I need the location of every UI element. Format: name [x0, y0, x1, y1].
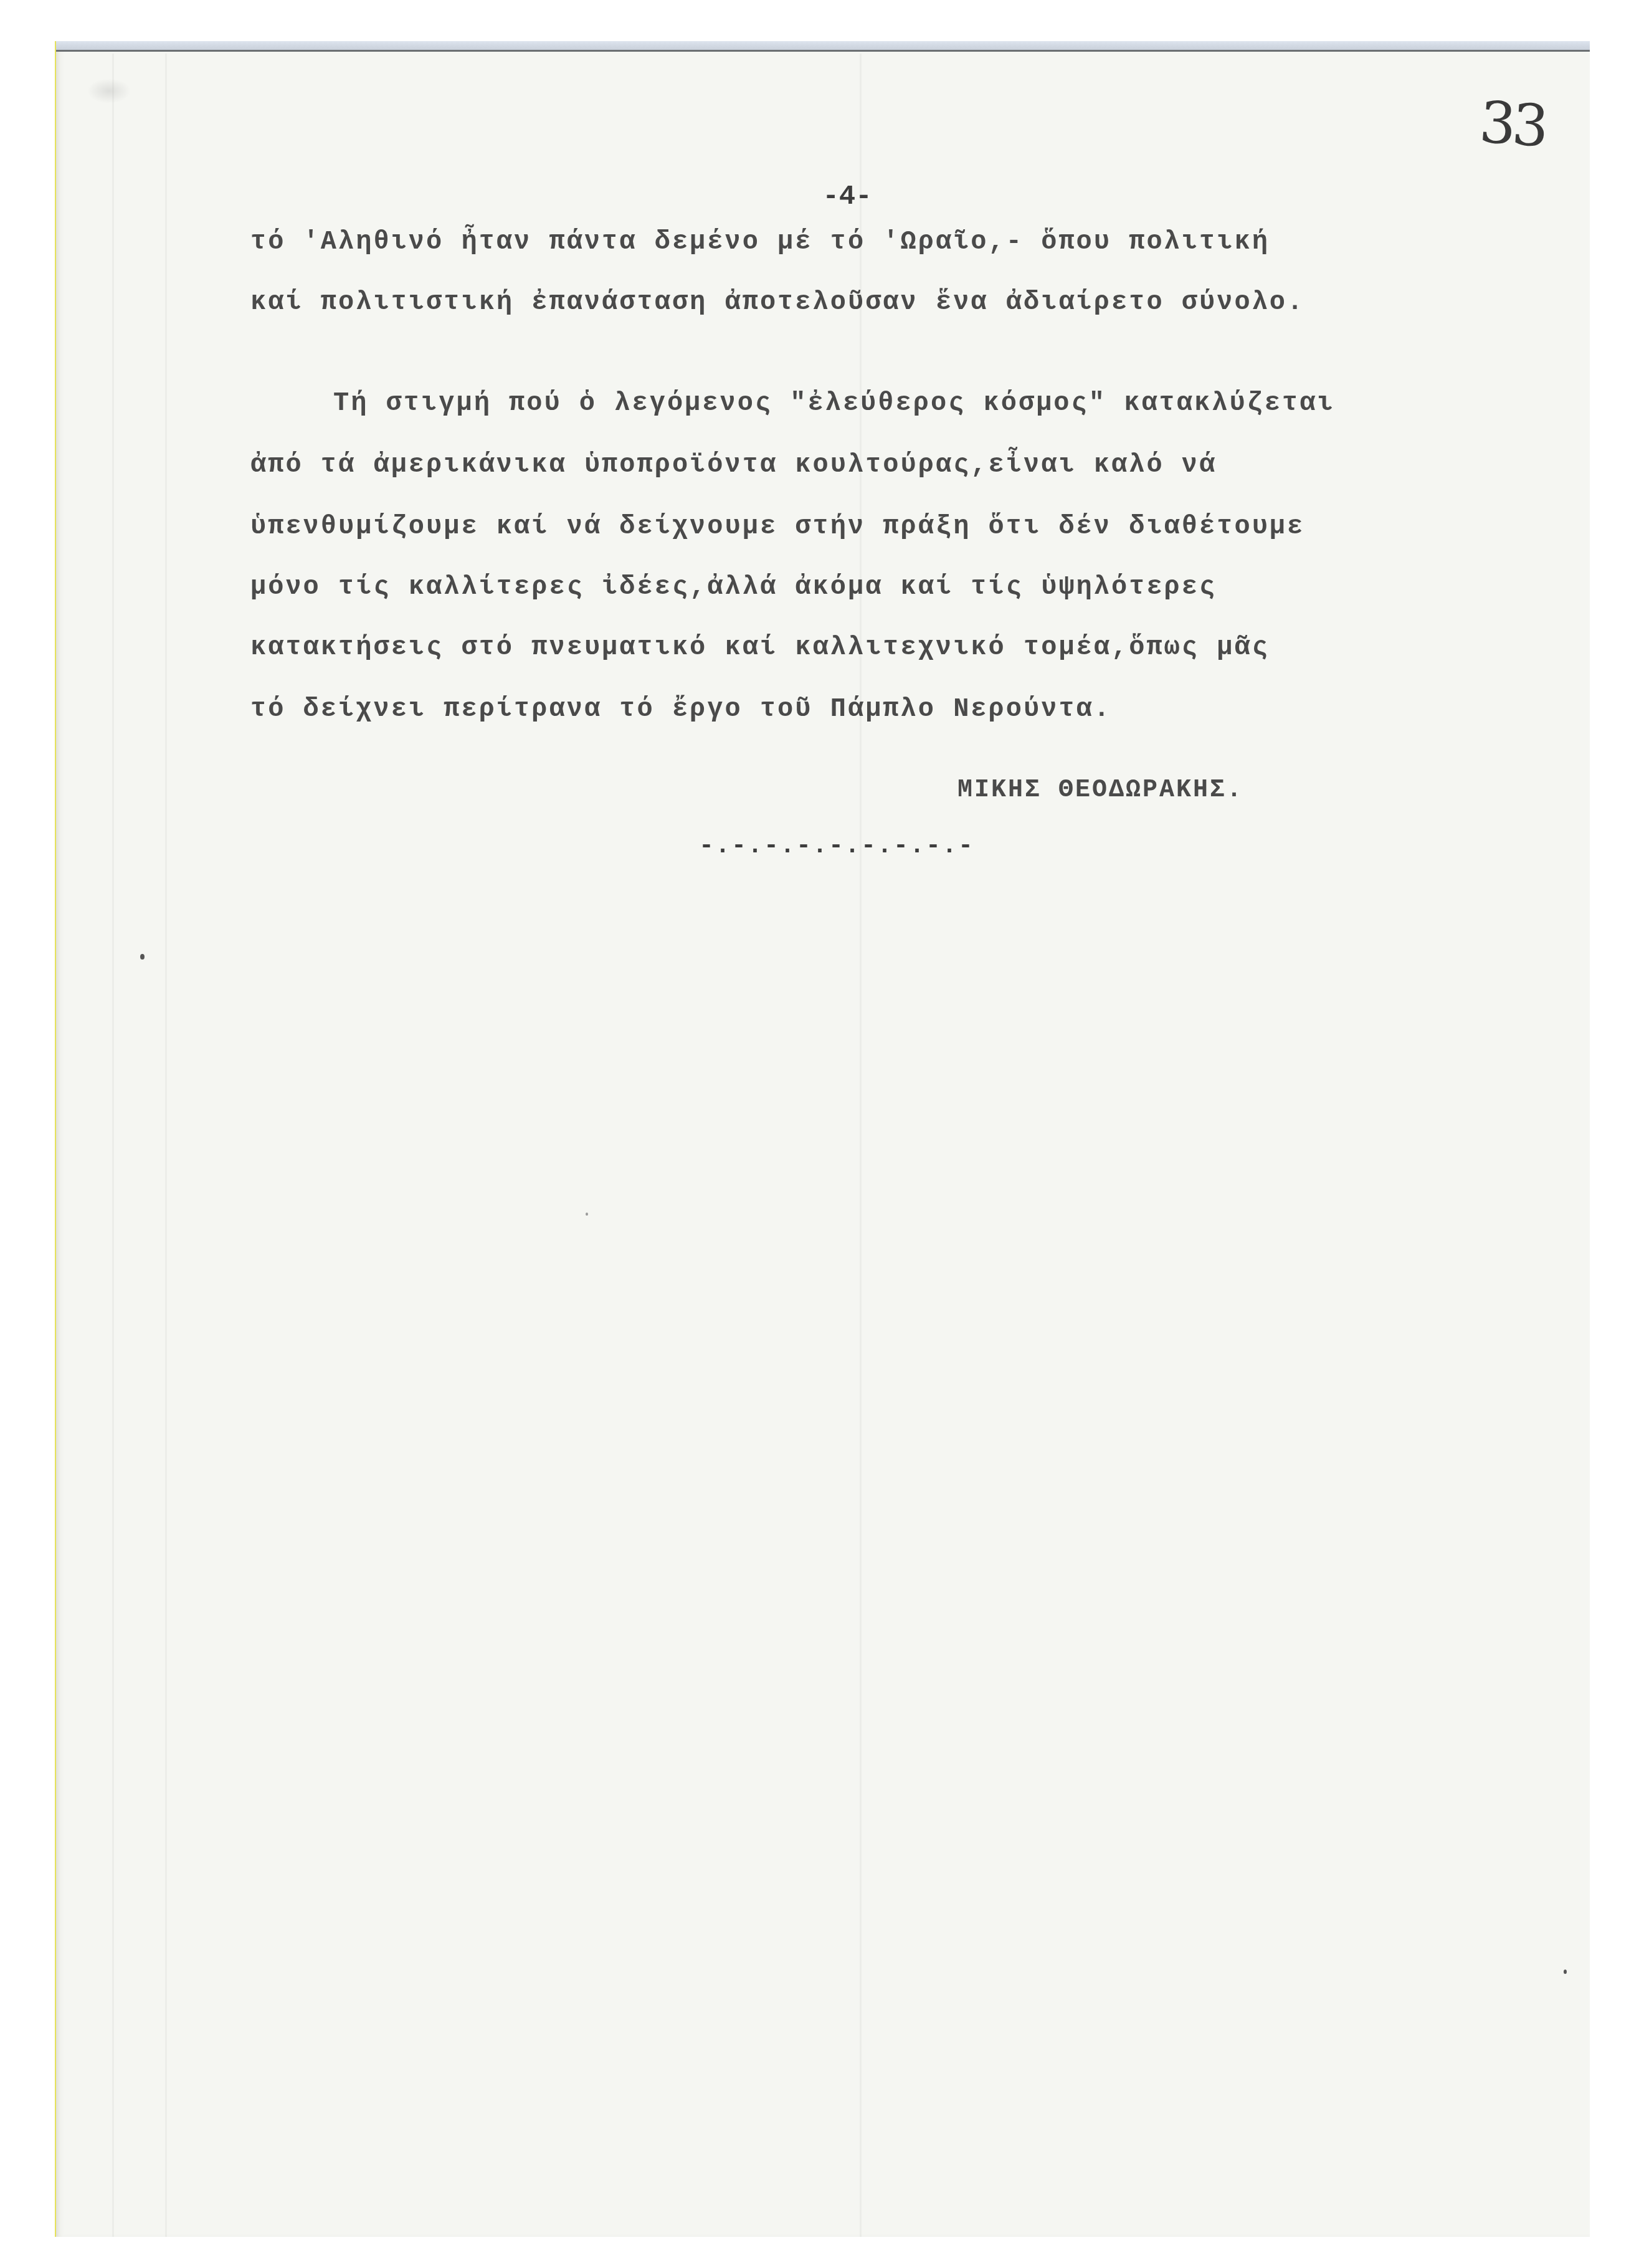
- ink-speck: [140, 954, 145, 960]
- handwritten-page-number: 33: [1477, 88, 1547, 160]
- closing-divider: -.-.-.-.-.-.-.-.-: [699, 832, 974, 860]
- paper-crease: [860, 54, 862, 2237]
- typed-page-marker: -4-: [810, 181, 885, 212]
- author-signature: ΜΙΚΗΣ ΘΕΟΔΩΡΑΚΗΣ.: [957, 776, 1243, 804]
- text-line: τό 'Αληθινό ἦταν πάντα δεμένο μέ τό 'Ωρα…: [250, 227, 1270, 257]
- scanned-page: 33 -4- τό 'Αληθινό ἦταν πάντα δεμένο μέ …: [55, 41, 1590, 2237]
- text-line: ἀπό τά ἀμερικάνικα ὑποπροϊόντα κουλτούρα…: [250, 450, 1217, 480]
- text-line: καί πολιτιστική ἐπανάσταση ἀποτελοῦσαν ἕ…: [250, 287, 1304, 317]
- ink-speck: [1564, 1970, 1567, 1974]
- text-line: τό δείχνει περίτρανα τό ἔργο τοῦ Πάμπλο …: [250, 694, 1111, 724]
- pencil-smudge: [87, 79, 131, 103]
- page-top-edge: [56, 41, 1590, 52]
- paper-crease: [112, 54, 114, 2237]
- text-line: κατακτήσεις στό πνευματικό καί καλλιτεχν…: [250, 632, 1270, 662]
- text-line: ὑπενθυμίζουμε καί νά δείχνουμε στήν πράξ…: [250, 512, 1304, 541]
- ink-speck: [586, 1213, 588, 1216]
- text-line: μόνο τίς καλλίτερες ἰδέες,ἀλλά ἀκόμα καί…: [250, 572, 1217, 602]
- text-line-indented: Τή στιγμή πού ὁ λεγόμενος "ἐλεύθερος κόσ…: [333, 388, 1335, 418]
- paper-crease: [165, 54, 167, 2237]
